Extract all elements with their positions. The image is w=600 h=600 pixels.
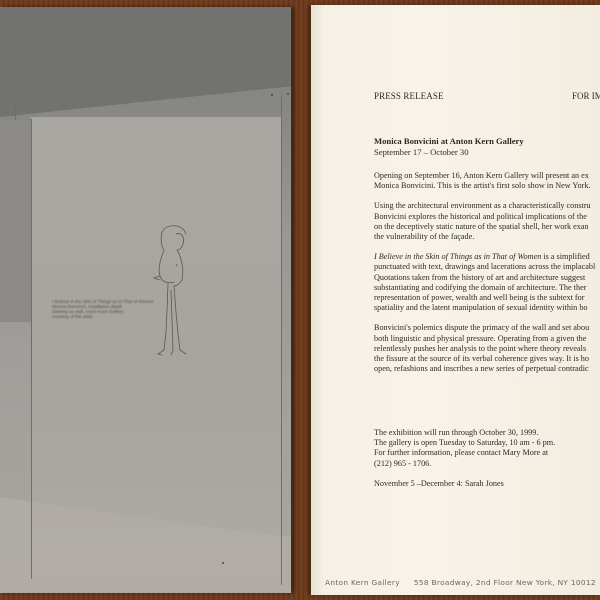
paragraph-polemics: Bonvicini's polemics dispute the primacy… — [374, 323, 600, 374]
wall-shadow — [0, 7, 291, 117]
exhibition-info: The exhibition will run through October … — [374, 428, 555, 499]
paragraph-architecture: Using the architectural environment as a… — [374, 201, 600, 242]
letterhead-footer: Anton Kern Gallery558 Broadway, 2nd Floo… — [325, 578, 596, 587]
contact-line: For further information, please contact … — [374, 448, 548, 457]
wall-mark — [15, 102, 16, 120]
exhibition-title: Monica Bonvicini at Anton Kern Gallery — [374, 136, 524, 146]
photographic-print: I Believe in the Skin of Things as in Th… — [0, 7, 291, 593]
press-release-body: Opening on September 16, Anton Kern Gall… — [374, 171, 600, 384]
gallery-hours: The gallery is open Tuesday to Saturday,… — [374, 438, 555, 447]
press-release-sheet: PRESS RELEASE FOR IMMEDIATE RELEASE Moni… — [311, 5, 600, 595]
artwork-title: I Believe in the Skin of Things as in Th… — [374, 252, 541, 261]
paragraph-artwork: I Believe in the Skin of Things as in Th… — [374, 252, 600, 313]
wall-dot — [222, 562, 224, 564]
wall-dot — [271, 94, 273, 96]
wall-dot — [287, 93, 289, 95]
panel-seam — [281, 95, 282, 585]
contact-phone: (212) 965 - 1706. — [374, 459, 431, 468]
panel-seam — [31, 119, 32, 579]
exhibition-dates: September 17 – October 30 — [374, 147, 469, 157]
gallery-address: 558 Broadway, 2nd Floor New York, NY 100… — [414, 578, 596, 587]
next-exhibition: November 5 –December 4: Sarah Jones — [374, 479, 504, 488]
press-release-label: PRESS RELEASE — [374, 91, 444, 101]
wall-edge-shadow — [0, 122, 31, 322]
gallery-name: Anton Kern Gallery — [325, 578, 400, 587]
paragraph-opening: Opening on September 16, Anton Kern Gall… — [374, 171, 600, 191]
release-timing-label: FOR IMMEDIATE RELEASE — [572, 91, 600, 101]
run-dates: The exhibition will run through October … — [374, 428, 538, 437]
figure-drawing-icon — [152, 220, 202, 370]
